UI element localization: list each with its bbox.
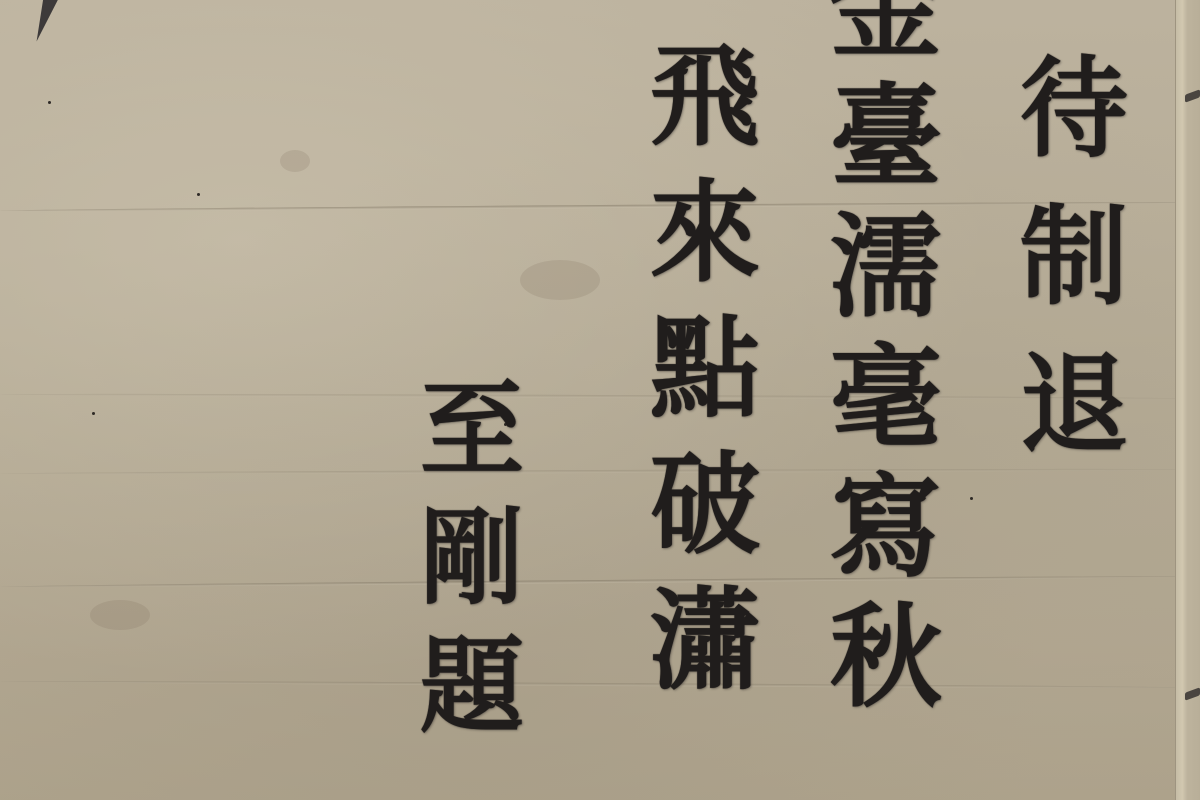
calligraphy-column-middle: 飛 來 點 破 瀟: [650, 42, 760, 722]
ink-speck: [197, 193, 200, 196]
paper-stain: [280, 150, 310, 172]
paper-stain: [90, 600, 150, 630]
character: 題: [420, 634, 524, 738]
character: 寫: [830, 472, 942, 584]
scroll-mounting-strip: [1175, 0, 1200, 800]
calligraphy-signature: 至 剛 題: [420, 378, 524, 762]
character: 剛: [420, 506, 524, 610]
character: 毫: [830, 342, 942, 454]
character: 制: [1020, 203, 1128, 311]
character: 金: [830, 0, 942, 64]
character: 待: [1020, 55, 1128, 163]
character: 飛: [650, 42, 760, 152]
paper-stain: [520, 260, 600, 300]
calligraphy-column-second: 金 臺 濡 毫 寫 秋: [830, 0, 942, 732]
ink-speck: [92, 412, 95, 415]
calligraphy-column-right: 待 制 退: [1020, 55, 1128, 499]
brush-stroke-fragment: [29, 0, 60, 44]
paper-crease: [0, 575, 1200, 588]
character: 退: [1020, 351, 1128, 459]
character: 瀟: [650, 586, 760, 696]
character: 至: [420, 378, 524, 482]
character: 濡: [830, 212, 942, 324]
character: 來: [650, 178, 760, 288]
ink-speck: [48, 101, 51, 104]
character: 破: [650, 450, 760, 560]
calligraphy-scroll: 待 制 退 金 臺 濡 毫 寫 秋 飛 來 點 破 瀟 至 剛 題: [0, 0, 1200, 800]
character: 秋: [830, 602, 942, 714]
ink-speck: [970, 497, 973, 500]
character: 臺: [830, 82, 942, 194]
character: 點: [650, 314, 760, 424]
paper-crease: [0, 680, 1200, 689]
